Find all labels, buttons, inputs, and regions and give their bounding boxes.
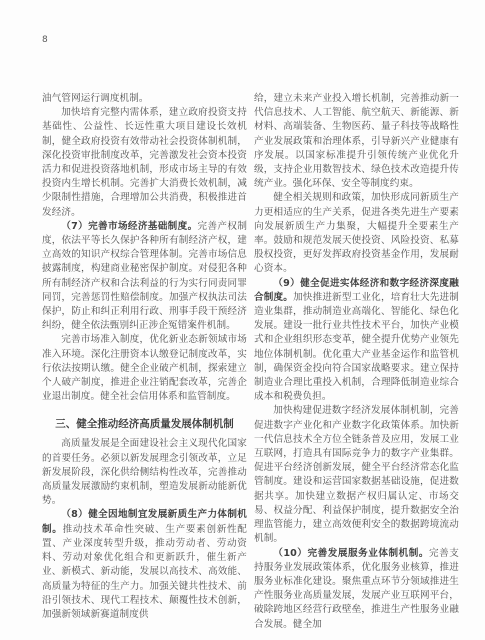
paragraph: 高质量发展是全面建设社会主义现代化国家的首要任务。必须以新发展理念引领改革，立足… bbox=[42, 437, 247, 508]
column-left: 油气管网运行调度机制。加快培育完整内需体系，建立政府投资支持基础性、公益性、长远… bbox=[42, 92, 247, 632]
column-right: 给，建立未来产业投入增长机制，完善推动新一代信息技术、人工智能、航空航天、新能源… bbox=[254, 92, 459, 632]
paragraph: 完善市场准入制度，优化新业态新领域市场准入环境。深化注册资本认缴登记制度改革，实… bbox=[42, 333, 247, 404]
paragraph: （8）健全因地制宜发展新质生产力体制机制。推动技术革命性突破、生产要素创新性配置… bbox=[42, 508, 247, 622]
paragraph: 加快培育完整内需体系，建立政府投资支持基础性、公益性、长远性重大项目建设长效机制… bbox=[42, 106, 247, 220]
paragraph-bold-lead: （10）完善发展服务业体制机制。 bbox=[273, 548, 429, 559]
paragraph-bold-lead: （9）健全促进实体经济和数字经济深度融合制度。 bbox=[254, 278, 459, 303]
paragraph-continuation: 给，建立未来产业投入增长机制，完善推动新一代信息技术、人工智能、航空航天、新能源… bbox=[254, 92, 459, 191]
paragraph: 加快构建促进数字经济发展体制机制，完善促进数字产业化和产业数字化政策体系。加快新… bbox=[254, 404, 459, 546]
paragraph: （7）完善市场经济基础制度。完善产权制度，依法平等长久保护各种所有制经济产权，建… bbox=[42, 220, 247, 334]
paragraph: （10）完善发展服务业体制机制。完善支持服务业发展政策体系，优化服务业核算，推进… bbox=[254, 547, 459, 632]
section-heading: 三、健全推动经济高质量发展体制机制 bbox=[42, 417, 247, 432]
paragraph-bold-lead: （8）健全因地制宜发展新质生产力体制机制。 bbox=[42, 509, 247, 534]
paragraph: （9）健全促进实体经济和数字经济深度融合制度。加快推进新型工业化，培育壮大先进制… bbox=[254, 277, 459, 405]
paragraph-bold-lead: （7）完善市场经济基础制度。 bbox=[61, 221, 197, 232]
document-page: 8 油气管网运行调度机制。加快培育完整内需体系，建立政府投资支持基础性、公益性、… bbox=[0, 0, 485, 640]
text-columns: 油气管网运行调度机制。加快培育完整内需体系，建立政府投资支持基础性、公益性、长远… bbox=[42, 92, 459, 632]
page-number: 8 bbox=[42, 35, 48, 45]
paragraph: 健全相关规则和政策，加快形成同新质生产力更相适应的生产关系，促进各类先进生产要素… bbox=[254, 191, 459, 276]
paragraph-continuation: 油气管网运行调度机制。 bbox=[42, 92, 247, 106]
